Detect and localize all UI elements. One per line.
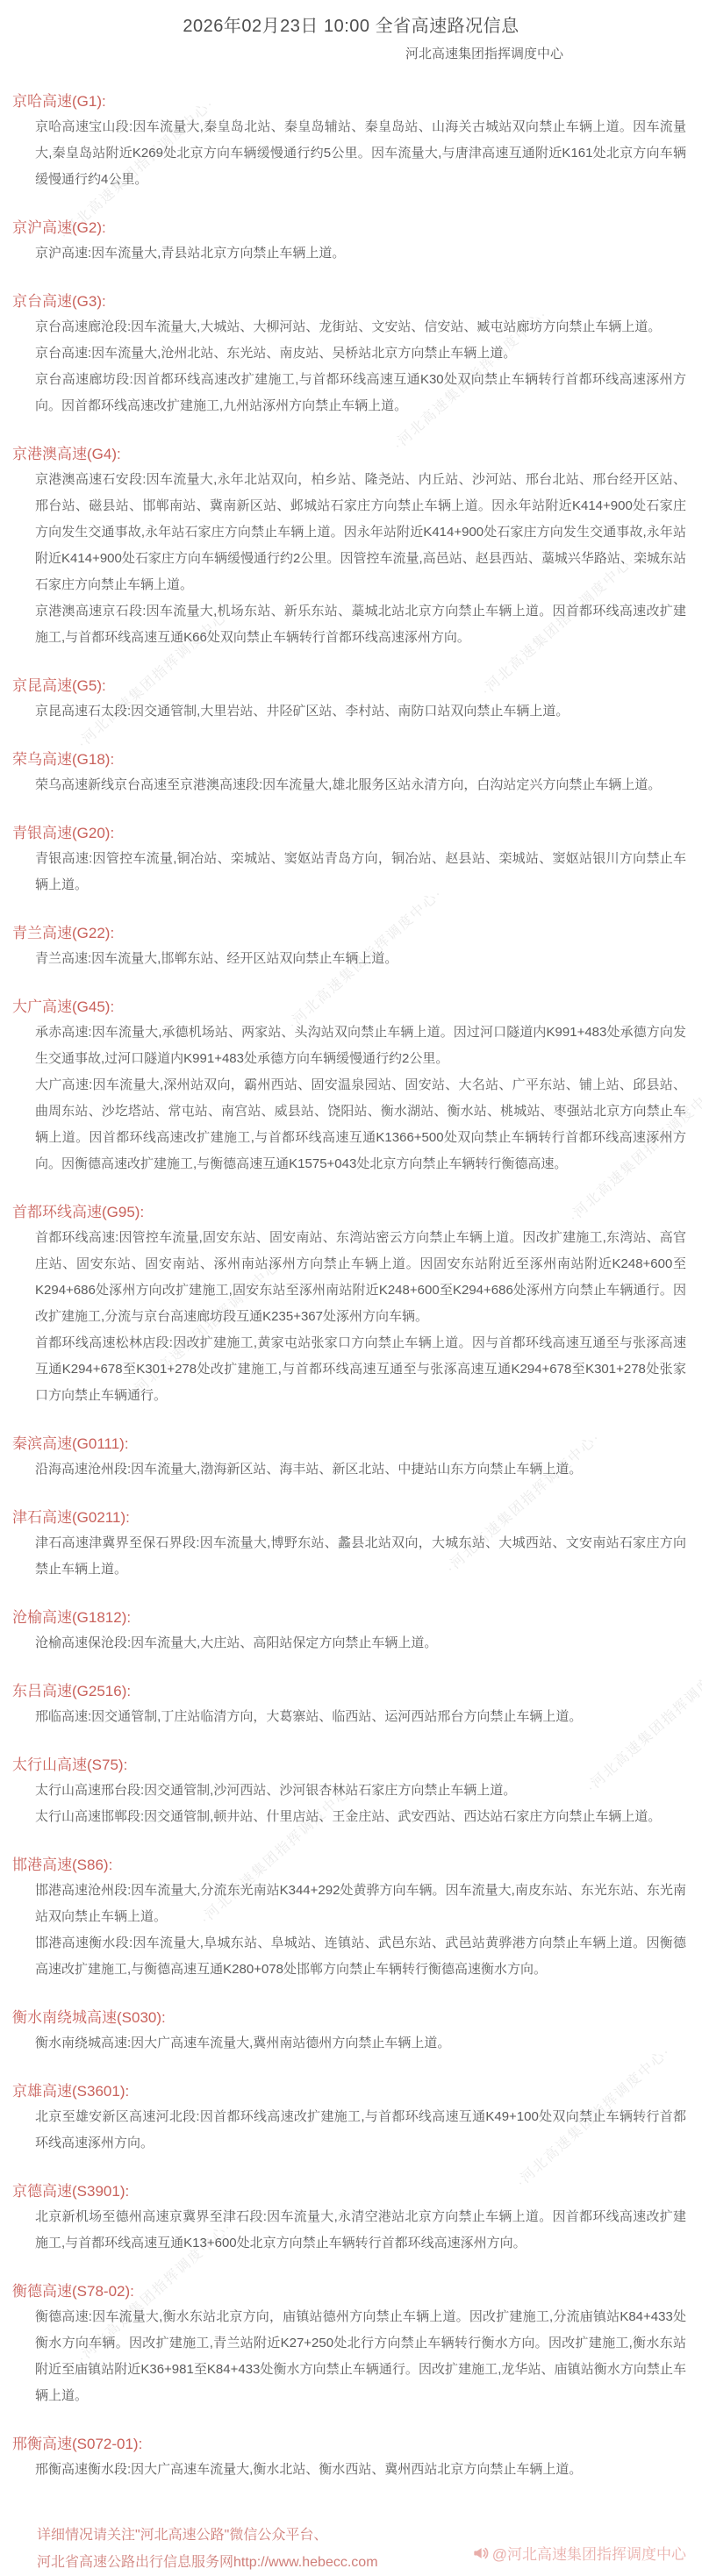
road-section-heading: 京德高速(S3901):	[0, 2179, 702, 2204]
issuer-byline: 河北高速集团指挥调度中心	[0, 42, 702, 67]
section-body: 邯港高速沧州段:因车流量大,分流东光南站K344+292处黄骅方向车辆。因车流量…	[0, 1878, 702, 1983]
section-body: 衡德高速:因车流量大,衡水东站北京方向，庙镇站德州方向禁止车辆上道。因改扩建施工…	[0, 2304, 702, 2409]
route-status-paragraph: 首都环线高速松林店段:因改扩建施工,黄家屯站张家口方向禁止车辆上道。因与首都环线…	[35, 1330, 686, 1409]
road-section: 京台高速(G3): 京台高速廊沧段:因车流量大,大城站、大柳河站、龙街站、文安站…	[0, 290, 702, 419]
route-status-paragraph: 太行山高速邯郸段:因交通管制,顿井站、什里店站、王金庄站、武安西站、西达站石家庄…	[35, 1804, 686, 1830]
road-section: 衡德高速(S78-02): 衡德高速:因车流量大,衡水东站北京方向，庙镇站德州方…	[0, 2279, 702, 2409]
route-status-paragraph: 首都环线高速:因管控车流量,固安东站、固安南站、东湾站密云方向禁止车辆上道。因改…	[35, 1225, 686, 1330]
road-section: 京哈高速(G1): 京哈高速宝山段:因车流量大,秦皇岛北站、秦皇岛辅站、秦皇岛站…	[0, 89, 702, 193]
road-section: 沧榆高速(G1812): 沧榆高速保沧段:因车流量大,大庄站、高阳站保定方向禁止…	[0, 1606, 702, 1657]
section-body: 京哈高速宝山段:因车流量大,秦皇岛北站、秦皇岛辅站、秦皇岛站、山海关古城站双向禁…	[0, 114, 702, 193]
route-status-paragraph: 青银高速:因管控车流量,铜冶站、栾城站、窦妪站青岛方向，铜冶站、赵县站、栾城站、…	[35, 846, 686, 898]
section-body: 京沪高速:因车流量大,青县站北京方向禁止车辆上道。	[0, 240, 702, 267]
route-status-paragraph: 邢临高速:因交通管制,丁庄站临清方向，大葛寨站、临西站、运河西站邢台方向禁止车辆…	[35, 1704, 686, 1730]
route-status-paragraph: 京台高速廊坊段:因首都环线高速改扩建施工,与首都环线高速互通K30处双向禁止车辆…	[35, 367, 686, 419]
road-section: 荣乌高速(G18): 荣乌高速新线京台高速至京港澳高速段:因车流量大,雄北服务区…	[0, 748, 702, 798]
route-status-paragraph: 京沪高速:因车流量大,青县站北京方向禁止车辆上道。	[35, 240, 686, 267]
section-body: 邢临高速:因交通管制,丁庄站临清方向，大葛寨站、临西站、运河西站邢台方向禁止车辆…	[0, 1704, 702, 1730]
route-status-paragraph: 太行山高速邢台段:因交通管制,沙河西站、沙河银杏林站石家庄方向禁止车辆上道。	[35, 1778, 686, 1804]
road-section-heading: 京昆高速(G5):	[0, 674, 702, 698]
route-status-paragraph: 北京新机场至德州高速京冀界至津石段:因车流量大,永清空港站北京方向禁止车辆上道。…	[35, 2204, 686, 2257]
road-section: 京港澳高速(G4): 京港澳高速石安段:因车流量大,永年北站双向，柏乡站、隆尧站…	[0, 442, 702, 651]
section-body: 承赤高速:因车流量大,承德机场站、两家站、头沟站双向禁止车辆上道。因过河口隧道内…	[0, 1020, 702, 1177]
road-section: 东吕高速(G2516): 邢临高速:因交通管制,丁庄站临清方向，大葛寨站、临西站…	[0, 1679, 702, 1730]
section-body: 荣乌高速新线京台高速至京港澳高速段:因车流量大,雄北服务区站永清方向，白沟站定兴…	[0, 772, 702, 798]
road-section: 邢衡高速(S072-01): 邢衡高速衡水段:因大广高速车流量大,衡水北站、衡水…	[0, 2432, 702, 2483]
road-section-heading: 京沪高速(G2):	[0, 216, 702, 240]
sections: 京哈高速(G1): 京哈高速宝山段:因车流量大,秦皇岛北站、秦皇岛辅站、秦皇岛站…	[0, 89, 702, 2483]
section-body: 北京新机场至德州高速京冀界至津石段:因车流量大,永清空港站北京方向禁止车辆上道。…	[0, 2204, 702, 2257]
road-section: 秦滨高速(G0111): 沿海高速沧州段:因车流量大,渤海新区站、海丰站、新区北…	[0, 1432, 702, 1483]
road-section-heading: 青兰高速(G22):	[0, 921, 702, 946]
road-section: 青兰高速(G22): 青兰高速:因车流量大,邯郸东站、经开区站双向禁止车辆上道。	[0, 921, 702, 972]
page-title: 2026年02月23日 10:00 全省高速路况信息	[0, 12, 702, 40]
route-status-paragraph: 承赤高速:因车流量大,承德机场站、两家站、头沟站双向禁止车辆上道。因过河口隧道内…	[35, 1020, 686, 1072]
road-section-heading: 京港澳高速(G4):	[0, 442, 702, 467]
route-status-paragraph: 京哈高速宝山段:因车流量大,秦皇岛北站、秦皇岛辅站、秦皇岛站、山海关古城站双向禁…	[35, 114, 686, 193]
road-section: 京德高速(S3901): 北京新机场至德州高速京冀界至津石段:因车流量大,永清空…	[0, 2179, 702, 2257]
megaphone-icon	[471, 2544, 489, 2562]
road-section-heading: 衡德高速(S78-02):	[0, 2279, 702, 2304]
section-body: 首都环线高速:因管控车流量,固安东站、固安南站、东湾站密云方向禁止车辆上道。因改…	[0, 1225, 702, 1409]
section-body: 太行山高速邢台段:因交通管制,沙河西站、沙河银杏林站石家庄方向禁止车辆上道。太行…	[0, 1778, 702, 1830]
section-body: 衡水南绕城高速:因大广高速车流量大,冀州南站德州方向禁止车辆上道。	[0, 2030, 702, 2057]
road-section: 太行山高速(S75): 太行山高速邢台段:因交通管制,沙河西站、沙河银杏林站石家…	[0, 1753, 702, 1830]
road-section: 京沪高速(G2): 京沪高速:因车流量大,青县站北京方向禁止车辆上道。	[0, 216, 702, 267]
road-section-heading: 衡水南绕城高速(S030):	[0, 2006, 702, 2030]
road-section: 邯港高速(S86): 邯港高速沧州段:因车流量大,分流东光南站K344+292处…	[0, 1853, 702, 1983]
section-body: 津石高速津冀界至保石界段:因车流量大,博野东站、蠡县北站双向，大城东站、大城西站…	[0, 1530, 702, 1583]
road-section-heading: 津石高速(G0211):	[0, 1506, 702, 1530]
route-status-paragraph: 衡德高速:因车流量大,衡水东站北京方向，庙镇站德州方向禁止车辆上道。因改扩建施工…	[35, 2304, 686, 2409]
route-status-paragraph: 青兰高速:因车流量大,邯郸东站、经开区站双向禁止车辆上道。	[35, 946, 686, 972]
route-status-paragraph: 邯港高速衡水段:因车流量大,阜城东站、阜城站、连镇站、武邑东站、武邑站黄骅港方向…	[35, 1930, 686, 1983]
section-body: 京台高速廊沧段:因车流量大,大城站、大柳河站、龙街站、文安站、信安站、臧屯站廊坊…	[0, 314, 702, 419]
section-body: 京港澳高速石安段:因车流量大,永年北站双向，柏乡站、隆尧站、内丘站、沙河站、邢台…	[0, 467, 702, 651]
section-body: 京昆高速石太段:因交通管制,大里岩站、井陉矿区站、李村站、南防口站双向禁止车辆上…	[0, 698, 702, 725]
route-status-paragraph: 邯港高速沧州段:因车流量大,分流东光南站K344+292处黄骅方向车辆。因车流量…	[35, 1878, 686, 1930]
road-section: 首都环线高速(G95): 首都环线高速:因管控车流量,固安东站、固安南站、东湾站…	[0, 1200, 702, 1409]
route-status-paragraph: 京港澳高速石安段:因车流量大,永年北站双向，柏乡站、隆尧站、内丘站、沙河站、邢台…	[35, 467, 686, 598]
road-section: 京昆高速(G5): 京昆高速石太段:因交通管制,大里岩站、井陉矿区站、李村站、南…	[0, 674, 702, 725]
road-section-heading: 京台高速(G3):	[0, 290, 702, 314]
road-section-heading: 太行山高速(S75):	[0, 1753, 702, 1778]
section-body: 青兰高速:因车流量大,邯郸东站、经开区站双向禁止车辆上道。	[0, 946, 702, 972]
road-section-heading: 京哈高速(G1):	[0, 89, 702, 114]
road-section-heading: 邢衡高速(S072-01):	[0, 2432, 702, 2457]
weibo-watermark: @河北高速集团指挥调度中心	[471, 2542, 686, 2564]
road-section: 大广高速(G45): 承赤高速:因车流量大,承德机场站、两家站、头沟站双向禁止车…	[0, 995, 702, 1177]
route-status-paragraph: 荣乌高速新线京台高速至京港澳高速段:因车流量大,雄北服务区站永清方向，白沟站定兴…	[35, 772, 686, 798]
road-section-heading: 邯港高速(S86):	[0, 1853, 702, 1878]
road-section-heading: 荣乌高速(G18):	[0, 748, 702, 772]
road-section-heading: 首都环线高速(G95):	[0, 1200, 702, 1225]
route-status-paragraph: 京台高速:因车流量大,沧州北站、东光站、南皮站、吴桥站北京方向禁止车辆上道。	[35, 340, 686, 367]
route-status-paragraph: 邢衡高速衡水段:因大广高速车流量大,衡水北站、衡水西站、冀州西站北京方向禁止车辆…	[35, 2457, 686, 2483]
route-status-paragraph: 衡水南绕城高速:因大广高速车流量大,冀州南站德州方向禁止车辆上道。	[35, 2030, 686, 2057]
route-status-paragraph: 京台高速廊沧段:因车流量大,大城站、大柳河站、龙街站、文安站、信安站、臧屯站廊坊…	[35, 314, 686, 340]
section-body: 邢衡高速衡水段:因大广高速车流量大,衡水北站、衡水西站、冀州西站北京方向禁止车辆…	[0, 2457, 702, 2483]
route-status-paragraph: 大广高速:因车流量大,深州站双向，霸州西站、固安温泉园站、固安站、大名站、广平东…	[35, 1072, 686, 1177]
road-section: 衡水南绕城高速(S030): 衡水南绕城高速:因大广高速车流量大,冀州南站德州方…	[0, 2006, 702, 2057]
road-section: 青银高速(G20): 青银高速:因管控车流量,铜冶站、栾城站、窦妪站青岛方向，铜…	[0, 821, 702, 898]
route-status-paragraph: 沿海高速沧州段:因车流量大,渤海新区站、海丰站、新区北站、中捷站山东方向禁止车辆…	[35, 1456, 686, 1483]
road-section-heading: 秦滨高速(G0111):	[0, 1432, 702, 1456]
section-body: 沿海高速沧州段:因车流量大,渤海新区站、海丰站、新区北站、中捷站山东方向禁止车辆…	[0, 1456, 702, 1483]
weibo-watermark-text: @河北高速集团指挥调度中心	[492, 2542, 686, 2564]
road-section-heading: 东吕高速(G2516):	[0, 1679, 702, 1704]
road-section: 京雄高速(S3601): 北京至雄安新区高速河北段:因首都环线高速改扩建施工,与…	[0, 2079, 702, 2157]
road-section-heading: 京雄高速(S3601):	[0, 2079, 702, 2104]
route-status-paragraph: 津石高速津冀界至保石界段:因车流量大,博野东站、蠡县北站双向，大城东站、大城西站…	[35, 1530, 686, 1583]
section-body: 青银高速:因管控车流量,铜冶站、栾城站、窦妪站青岛方向，铜冶站、赵县站、栾城站、…	[0, 846, 702, 898]
route-status-paragraph: 京港澳高速京石段:因车流量大,机场东站、新乐东站、藁城北站北京方向禁止车辆上道。…	[35, 598, 686, 651]
route-status-paragraph: 北京至雄安新区高速河北段:因首都环线高速改扩建施工,与首都环线高速互通K49+1…	[35, 2104, 686, 2157]
road-section: 津石高速(G0211): 津石高速津冀界至保石界段:因车流量大,博野东站、蠡县北…	[0, 1506, 702, 1583]
section-body: 北京至雄安新区高速河北段:因首都环线高速改扩建施工,与首都环线高速互通K49+1…	[0, 2104, 702, 2157]
road-section-heading: 青银高速(G20):	[0, 821, 702, 846]
road-section-heading: 沧榆高速(G1812):	[0, 1606, 702, 1630]
route-status-paragraph: 京昆高速石太段:因交通管制,大里岩站、井陉矿区站、李村站、南防口站双向禁止车辆上…	[35, 698, 686, 725]
traffic-report-document: 2026年02月23日 10:00 全省高速路况信息 河北高速集团指挥调度中心 …	[0, 0, 702, 2576]
route-status-paragraph: 沧榆高速保沧段:因车流量大,大庄站、高阳站保定方向禁止车辆上道。	[35, 1630, 686, 1657]
section-body: 沧榆高速保沧段:因车流量大,大庄站、高阳站保定方向禁止车辆上道。	[0, 1630, 702, 1657]
road-section-heading: 大广高速(G45):	[0, 995, 702, 1020]
